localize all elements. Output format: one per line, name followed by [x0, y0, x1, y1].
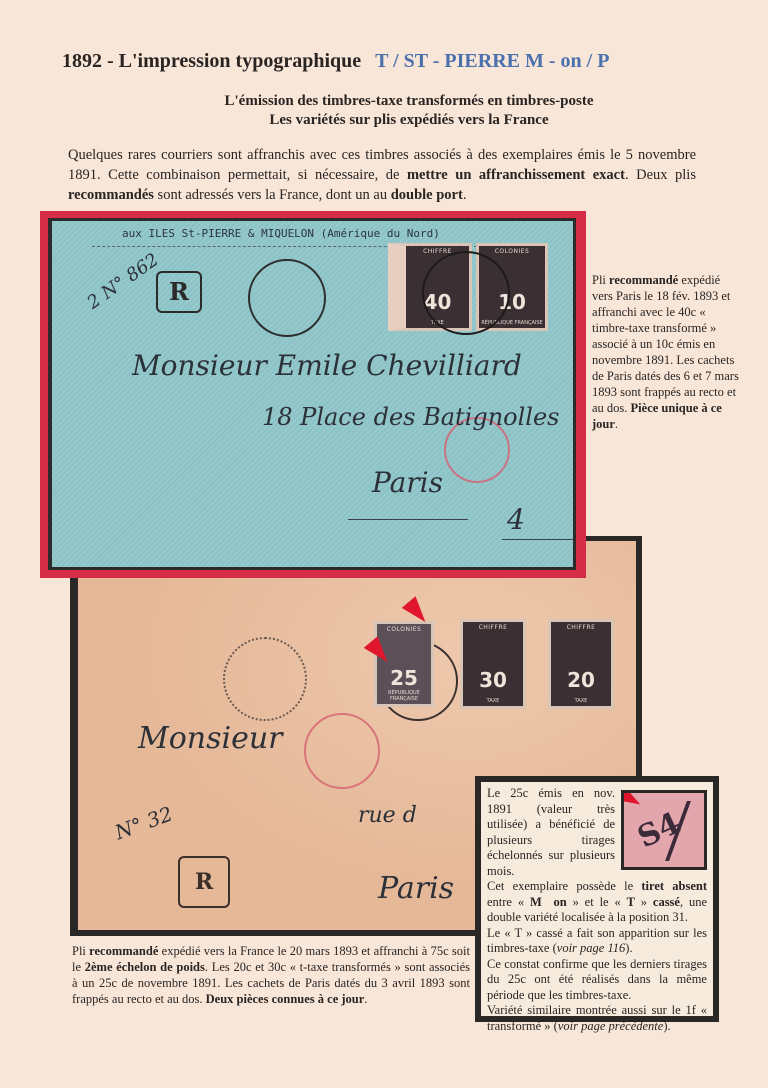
stamp-bottom-text: TAXE: [463, 698, 523, 704]
subtitle-line-1: L'émission des timbres-taxe transformés …: [50, 92, 768, 111]
caption-text: expédié vers Paris le 18 fév. 1893 et af…: [592, 273, 739, 415]
subtitle-line-2: Les variétés sur plis expédiés vers la F…: [50, 111, 768, 130]
caption-text: .: [364, 992, 367, 1006]
caption-text: .: [615, 417, 618, 431]
caption-bold: recommandé: [609, 273, 678, 287]
variety-note: S4 Le 25c émis en nov. 1891 (valeur très…: [481, 782, 713, 1016]
handwritten-addressee: Monsieur Emile Chevilliard: [132, 349, 522, 382]
note-text: Cet exemplaire possède le: [487, 879, 641, 893]
stamp-value: 20: [551, 668, 611, 692]
note-text: ).: [625, 941, 632, 955]
handwritten-city: Paris: [372, 466, 443, 499]
stamp-value: 25: [377, 666, 431, 690]
intro-bold: double port: [391, 187, 463, 203]
intro-text: sont adressés vers la France, dont un au: [154, 187, 391, 203]
stamp-bottom-text: RÉPUBLIQUE FRANÇAISE: [377, 690, 431, 702]
caption-text: Pli: [72, 944, 89, 958]
underline: [502, 539, 573, 540]
caption-bold: 2ème échelon de poids: [85, 960, 205, 974]
handwritten-street: rue d: [358, 803, 417, 828]
handwritten-street: 18 Place des Batignolles: [262, 403, 560, 431]
subtitle: L'émission des timbres-taxe transformés …: [0, 92, 768, 130]
note-text: ).: [663, 1019, 670, 1033]
stamp-top-text: CHIFFRE: [463, 624, 523, 631]
stamp-20c: CHIFFRE 20 TAXE: [548, 619, 614, 709]
postmark-stpierre: [223, 637, 307, 721]
handwritten-number: N° 32: [112, 802, 176, 845]
handwritten-addressee: Monsieur: [138, 721, 283, 756]
page-reference: voir page précédente: [558, 1019, 664, 1033]
handwritten-side-note: 2 N° 862: [83, 249, 162, 313]
red-arrow-icon: [621, 790, 645, 812]
registered-r-mark: R: [178, 856, 230, 908]
note-text: »: [635, 895, 653, 909]
note-bold: cassé: [653, 895, 680, 909]
note-bold: M on: [530, 895, 567, 909]
intro-text: . Deux plis: [625, 167, 696, 183]
handwritten-corner-mark: 4: [507, 503, 525, 536]
stamp-detail-enlargement: S4: [621, 790, 707, 870]
envelope-1: aux ILES St-PIERRE & MIQUELON (Amérique …: [52, 221, 573, 567]
handwritten-city: Paris: [378, 871, 454, 906]
stamp-value: 30: [463, 668, 523, 692]
note-text: Ce constat confirme que les derniers tir…: [487, 957, 707, 1002]
caption-envelope-2: Pli recommandé expédié vers la France le…: [72, 943, 470, 1007]
caption-bold: Deux pièces connues à ce jour: [206, 992, 365, 1006]
note-text: » et le «: [567, 895, 627, 909]
title-main: 1892 - L'impression typographique: [62, 50, 361, 72]
underline: [348, 519, 468, 520]
page-reference: voir page 116: [557, 941, 626, 955]
caption-envelope-1: Pli recommandé expédié vers Paris le 18 …: [592, 272, 742, 432]
note-text: Le 25c émis en nov. 1891 (valeur très ut…: [487, 786, 615, 878]
postmark-paris-red: [304, 713, 380, 789]
registered-r-mark: R: [156, 271, 202, 313]
intro-text: .: [463, 187, 467, 203]
stamp-top-text: CHIFFRE: [551, 624, 611, 631]
intro-paragraph: Quelques rares courriers sont affranchis…: [68, 145, 696, 205]
page-title: 1892 - L'impression typographique T / ST…: [62, 50, 609, 73]
intro-bold: recommandés: [68, 187, 154, 203]
note-text: entre «: [487, 895, 530, 909]
title-overprint: T / ST - PIERRE M - on / P: [375, 50, 609, 72]
stamp-30c: CHIFFRE 30 TAXE: [460, 619, 526, 709]
envelope-printed-header: aux ILES St-PIERRE & MIQUELON (Amérique …: [122, 227, 440, 240]
postmark-stpierre: [248, 259, 326, 337]
caption-text: Pli: [592, 273, 609, 287]
intro-bold: mettre un affranchissement exact: [407, 167, 625, 183]
note-bold: T: [627, 895, 635, 909]
stamp-bottom-text: TAXE: [551, 698, 611, 704]
note-bold: tiret absent: [641, 879, 707, 893]
stamp-top-text: COLONIES: [479, 248, 545, 255]
caption-bold: recommandé: [89, 944, 158, 958]
postmark-cancel: [422, 251, 510, 335]
stamp-top-text: COLONIES: [377, 626, 431, 633]
